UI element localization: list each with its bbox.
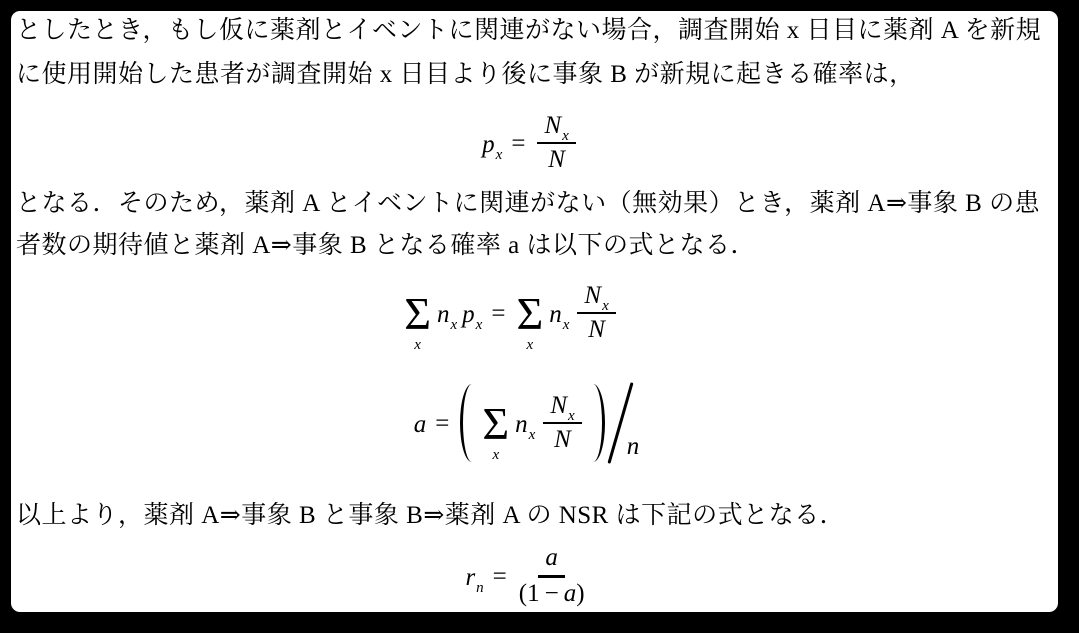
sigma-glyph: Σ xyxy=(482,405,509,443)
math-term-nx: nx xyxy=(437,301,457,329)
summation-sigma-icon: Σ x xyxy=(404,295,431,353)
math-var-divisor-n: n xyxy=(627,433,640,461)
math-var: p xyxy=(482,131,495,158)
formula-a-row: a = Σ x nx Nx N n xyxy=(414,381,639,465)
math-var: n xyxy=(549,301,562,328)
math-term-rn: rn xyxy=(465,564,483,592)
math-subscript: x xyxy=(563,317,570,333)
math-subscript: x xyxy=(568,408,575,424)
summation-limit: x xyxy=(527,338,534,353)
fraction-denominator: (1−a) xyxy=(519,578,585,607)
math-term-px: px xyxy=(462,301,482,329)
math-term-nx: nx xyxy=(515,411,535,439)
math-var: N xyxy=(550,392,567,419)
page-background: としたとき，もし仮に薬剤とイベントに関連がない場合，調査開始 x 日目に薬剤 A… xyxy=(0,0,1079,633)
math-var: N xyxy=(544,112,561,139)
fraction-numerator: Nx xyxy=(543,393,581,424)
equals-sign: = xyxy=(493,563,507,591)
formula-nsr: rn = a (1−a) xyxy=(11,541,1058,611)
document-page: としたとき，もし仮に薬剤とイベントに関連がない場合，調査開始 x 日目に薬剤 A… xyxy=(11,11,1058,612)
fraction-denominator: N xyxy=(548,144,565,173)
fraction-numerator: Nx xyxy=(577,283,615,314)
math-subscript: x xyxy=(476,317,483,333)
math-var: n xyxy=(515,411,528,438)
summation-sigma-icon: Σ x xyxy=(482,405,509,463)
math-subscript: x xyxy=(562,128,569,144)
formula-a: a = Σ x nx Nx N n xyxy=(11,377,1058,469)
math-var-a: a xyxy=(414,411,427,439)
paragraph2-line1: となる．そのため，薬剤 A とイベントに関連がない（無効果）とき，薬剤 A⇒事象… xyxy=(16,190,1040,219)
math-var: p xyxy=(462,301,475,328)
math-subscript: x xyxy=(451,317,458,333)
paragraph2-line2: 者数の期待値と薬剤 A⇒事象 B となる確率 a は以下の式となる． xyxy=(16,232,756,261)
left-parenthesis xyxy=(460,384,477,462)
open-paren: ( xyxy=(519,580,527,607)
fraction: Nx N xyxy=(577,283,615,344)
math-number: 1 xyxy=(527,580,540,607)
fraction-numerator: Nx xyxy=(537,113,575,144)
math-var: n xyxy=(437,301,450,328)
sigma-glyph: Σ xyxy=(404,295,431,333)
fraction-denominator: N xyxy=(554,424,571,453)
right-parenthesis xyxy=(588,384,605,462)
math-subscript: x xyxy=(602,298,609,314)
math-var: N xyxy=(584,282,601,309)
summation-sigma-icon: Σ x xyxy=(516,295,543,353)
fraction-denominator: N xyxy=(588,314,605,343)
math-subscript: x xyxy=(529,427,536,443)
paragraph1-line1: としたとき，もし仮に薬剤とイベントに関連がない場合，調査開始 x 日目に薬剤 A… xyxy=(16,17,1041,46)
math-term-px: px xyxy=(482,131,502,159)
math-subscript: x xyxy=(496,147,503,163)
equals-sign: = xyxy=(435,410,449,438)
paragraph1-line2: に使用開始した患者が調査開始 x 日目より後に事象 B が新規に起きる確率は， xyxy=(16,61,915,90)
formula-expectation-row: Σ x nx px = Σ x nx Nx N xyxy=(402,283,619,344)
formula-nsr-row: rn = a (1−a) xyxy=(465,545,587,607)
fraction: Nx N xyxy=(543,393,581,454)
formula-expectation: Σ x nx px = Σ x nx Nx N xyxy=(11,275,1058,351)
math-term-nx: nx xyxy=(549,301,569,329)
fraction: Nx N xyxy=(537,113,575,174)
math-var: r xyxy=(465,564,475,591)
summation-limit: x xyxy=(414,338,421,353)
paragraph3-line1: 以上より，薬剤 A⇒事象 B と事象 B⇒薬剤 A の NSR は下記の式となる… xyxy=(16,502,845,531)
fraction: a (1−a) xyxy=(519,545,585,607)
formula-px: px = Nx N xyxy=(11,108,1058,178)
summation-limit: x xyxy=(492,448,499,463)
equals-sign: = xyxy=(511,130,525,158)
equals-sign: = xyxy=(491,300,505,328)
sigma-glyph: Σ xyxy=(516,295,543,333)
close-paren: ) xyxy=(576,580,584,607)
math-var: a xyxy=(564,580,577,607)
math-subscript: n xyxy=(476,580,484,596)
formula-px-row: px = Nx N xyxy=(482,113,579,174)
fraction-numerator: a xyxy=(538,545,565,577)
minus-sign: − xyxy=(545,580,559,607)
